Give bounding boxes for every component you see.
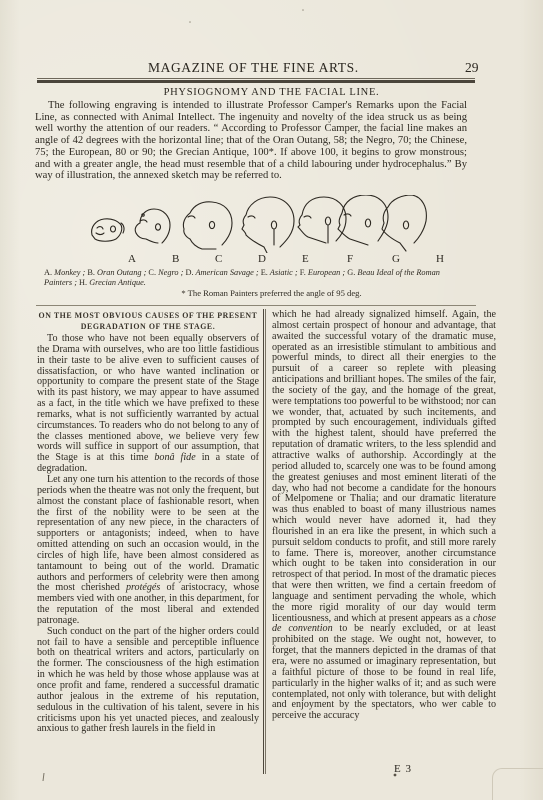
paragraph: To those who have not been equally obser… xyxy=(37,334,259,475)
caption-key: A. xyxy=(44,268,52,277)
head-g-icon xyxy=(382,195,426,251)
paragraph: Let any one turn his attention to the re… xyxy=(37,475,259,627)
section-heading: ON THE MOST OBVIOUS CAUSES OF THE PRESEN… xyxy=(37,310,259,332)
article-title: PHYSIOGNOMY AND THE FACIAL LINE. xyxy=(0,87,543,98)
caption-label: Negro ; xyxy=(158,268,183,277)
column-divider-inner xyxy=(265,309,266,774)
running-head: MAGAZINE OF THE FINE ARTS. 29 xyxy=(0,60,543,78)
left-column: ON THE MOST OBVIOUS CAUSES OF THE PRESEN… xyxy=(37,310,259,735)
paragraph: Such conduct on the part of the higher o… xyxy=(37,627,259,735)
page-number: 29 xyxy=(465,60,479,76)
figure-letter: D xyxy=(258,253,266,265)
head-c-icon xyxy=(183,202,232,249)
right-column: which he had already signalized himself.… xyxy=(272,310,496,722)
facial-line-figure xyxy=(88,195,428,250)
figure-letter: A xyxy=(128,253,136,265)
caption-label: Monkey ; xyxy=(54,268,85,277)
running-title: MAGAZINE OF THE FINE ARTS. xyxy=(148,60,359,76)
head-profiles-illustration xyxy=(88,195,428,253)
caption-key: E. xyxy=(261,268,268,277)
figure-letters: A B C D E F G H xyxy=(88,253,428,267)
figure-caption: A. Monkey ; B. Oran Outang ; C. Negro ; … xyxy=(44,268,464,288)
footnote: * The Roman Painters preferred the angle… xyxy=(0,288,543,298)
head-b-icon xyxy=(135,209,170,243)
figure-letter: H xyxy=(436,253,444,265)
header-rule xyxy=(37,80,475,83)
figure-letter: E xyxy=(302,253,309,265)
caption-label: Asiatic ; xyxy=(270,268,298,277)
head-a-icon xyxy=(92,219,124,241)
section-rule xyxy=(36,305,476,306)
header-rule-thin xyxy=(37,78,475,79)
caption-label: Oran Outang ; xyxy=(97,268,146,277)
caption-key: D. xyxy=(185,268,193,277)
caption-label: Grecian Antique. xyxy=(89,278,146,287)
page: MAGAZINE OF THE FINE ARTS. 29 PHYSIOGNOM… xyxy=(0,0,543,800)
figure-letter: C xyxy=(215,253,222,265)
caption-key: F. xyxy=(300,268,306,277)
head-e-icon xyxy=(298,197,346,243)
figure-letter: G xyxy=(392,253,400,265)
figure-letter: F xyxy=(347,253,353,265)
head-d-icon xyxy=(242,197,294,253)
signature-mark: E 3 xyxy=(394,763,412,775)
caption-label: European ; xyxy=(308,268,345,277)
paragraph: which he had already signalized himself.… xyxy=(272,310,496,722)
column-divider xyxy=(263,309,264,774)
figure-letter: B xyxy=(172,253,179,265)
article-intro: The following engraving is intended to i… xyxy=(35,100,467,182)
caption-label: American Savage ; xyxy=(195,268,258,277)
page-corner-fold xyxy=(492,768,543,800)
caption-key: C. xyxy=(148,268,156,277)
caption-key: H. xyxy=(79,278,87,287)
caption-key: G. xyxy=(347,268,355,277)
caption-key: B. xyxy=(87,268,95,277)
